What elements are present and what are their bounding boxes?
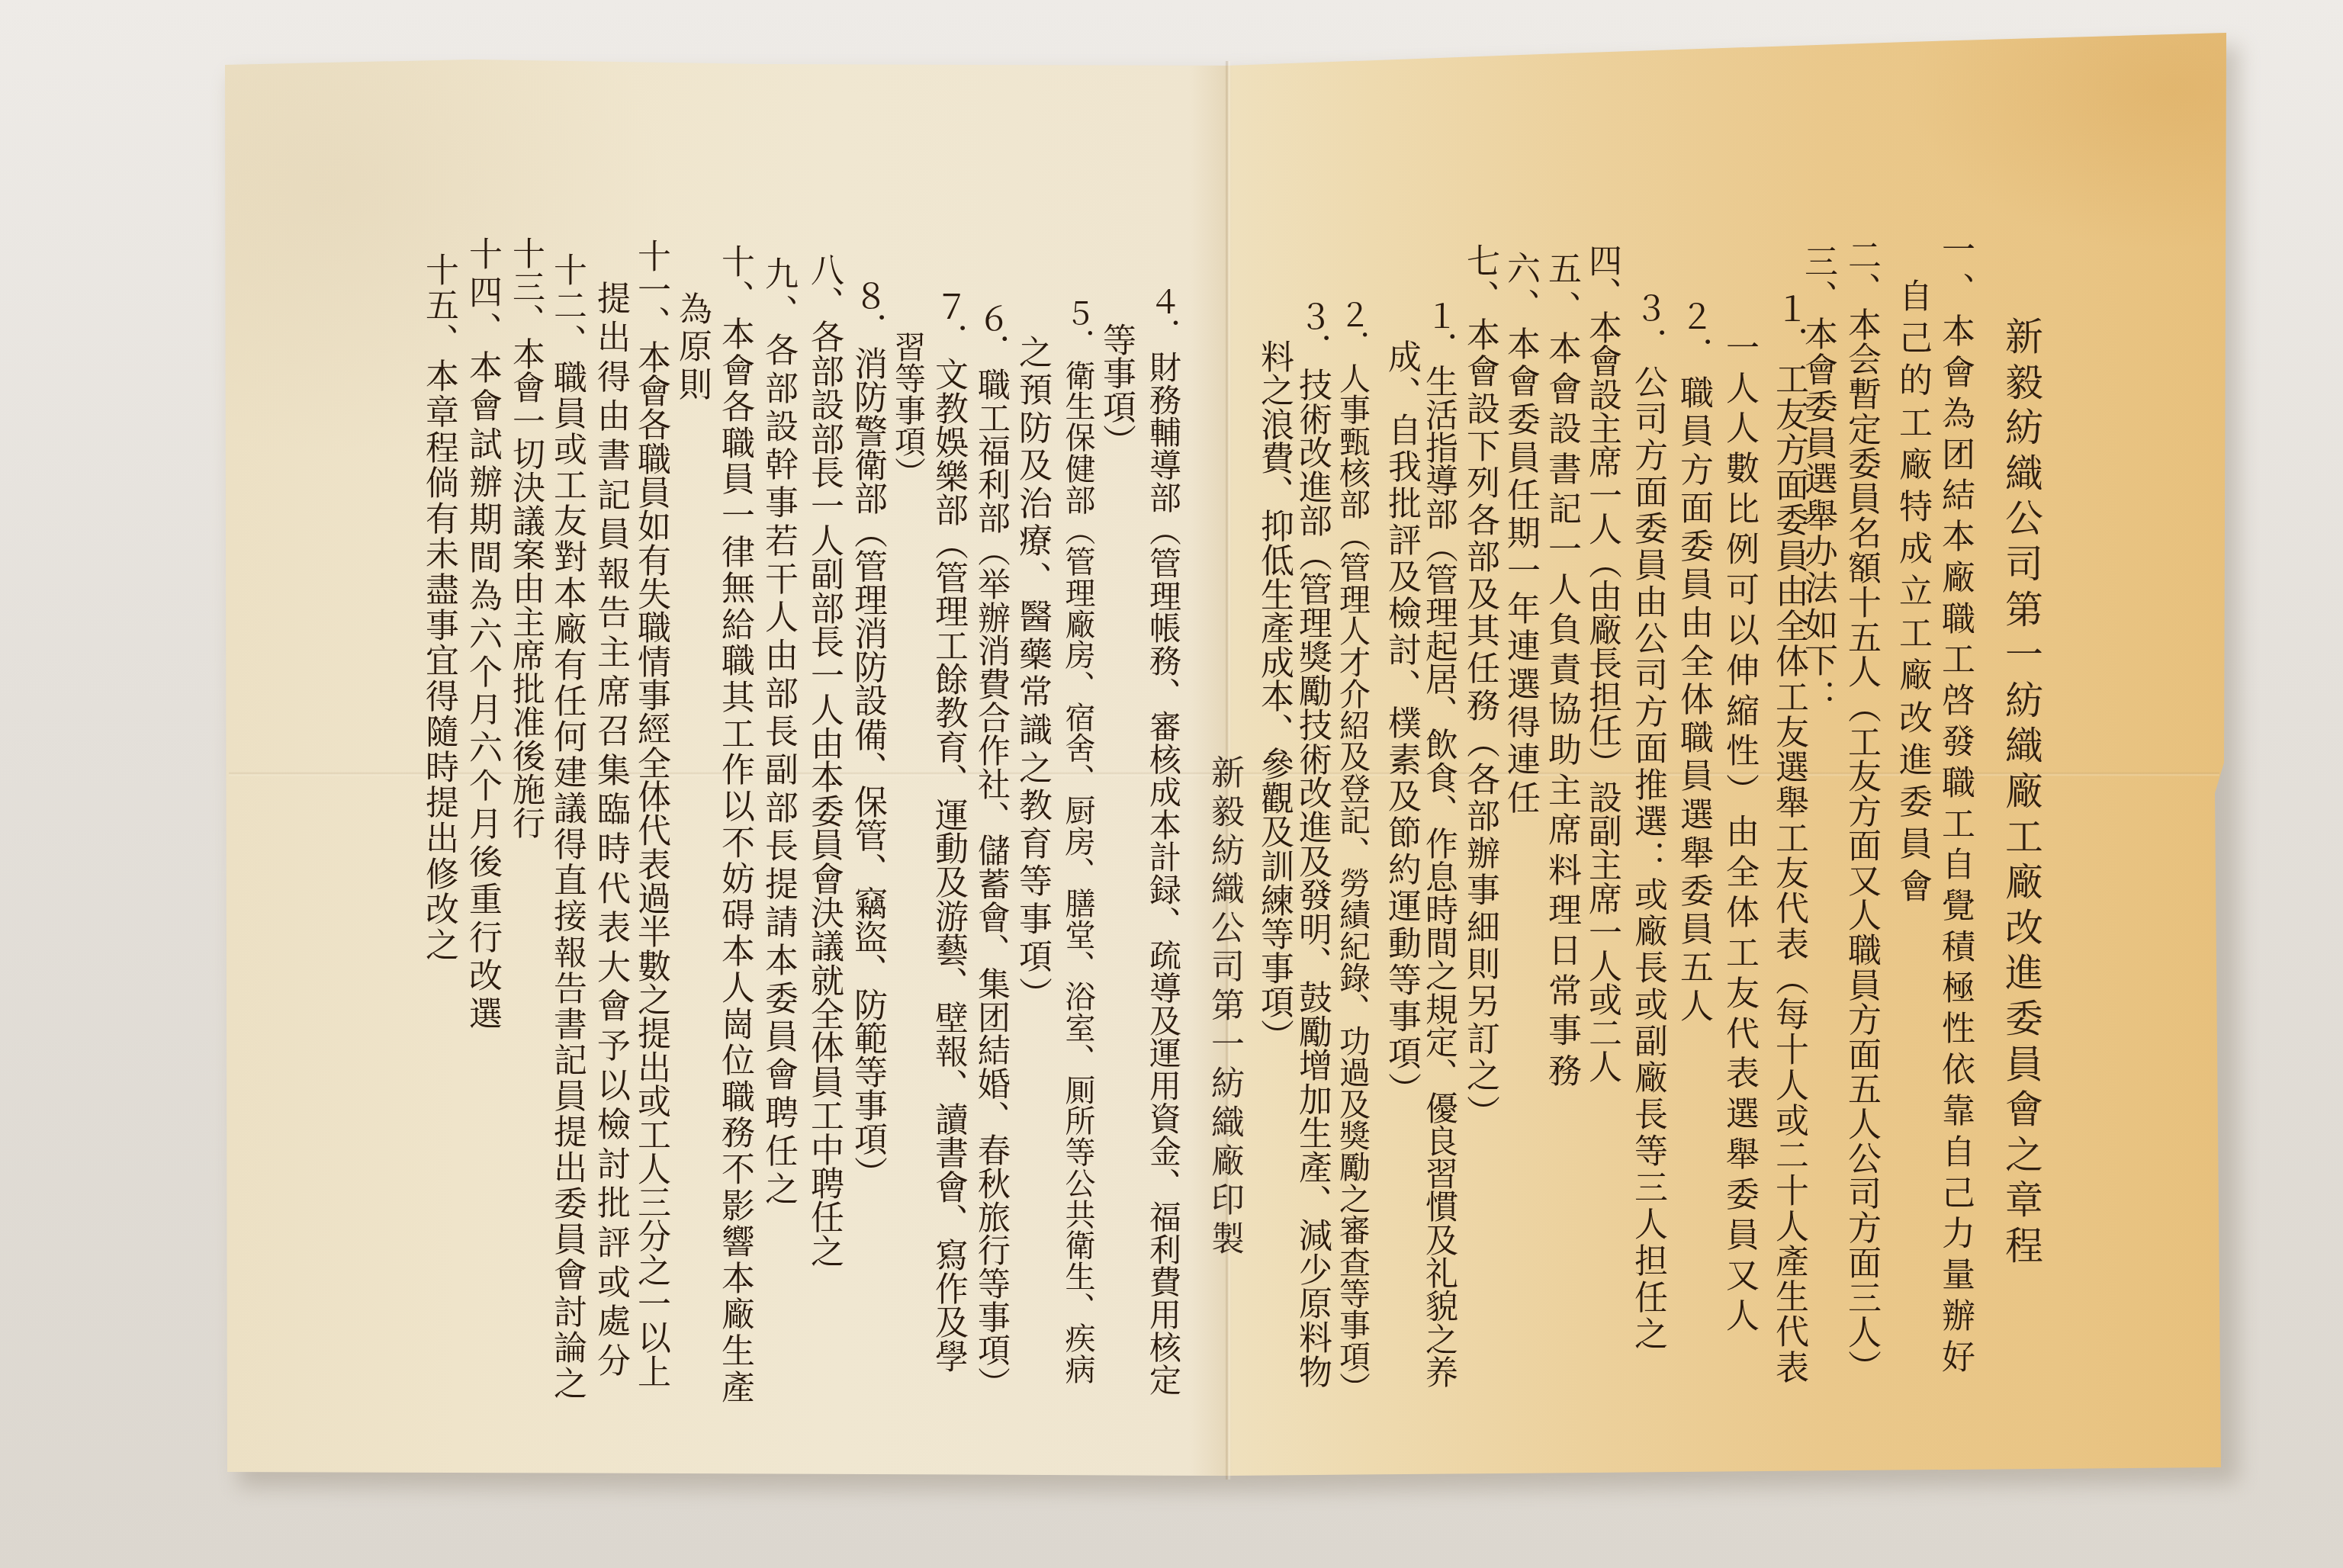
article-12-line-1: 十二、職員或工友對本廠有任何建議得直接報告書記員提出委員會討論之 (547, 252, 587, 1399)
article-3-item-1-line-2: 一人人數比例可以伸縮性）由全体工友代表選舉委員又人 (1719, 330, 1759, 1332)
document-title: 新毅紡織公司第一紡織廠工廠改進委員會之章程 (1998, 316, 2044, 1264)
article-1-line-1: 一、本會為团結本廠職工啓發職工自覺積極性依靠自己力量辦好 (1935, 232, 1975, 1373)
article-7-item-1-line-2: 成、自我批評及檢討、樸素及節約運動等事項） (1381, 339, 1421, 1106)
article-10-line-1: 十、本會各職員一律無給職其工作以不妨碍本人崗位職務不影響本廠生產 (715, 244, 754, 1403)
article-7-item-4-line-2: 等事項） (1096, 323, 1136, 458)
article-7-item-1-line-1: １．生活指導部（管理起居、飲食、作息時間之規定、優良習慣及礼貌之养 (1419, 299, 1459, 1388)
article-3-item-1-line-1: １．工友方面委員由全体工友選舉工友代表（每十人或二十人產生代表 (1769, 291, 1808, 1383)
article-7-item-5-line-2: 之預防及治療、醫藥常識之教育等事項） (1012, 335, 1052, 1011)
article-13-line-1: 十三、本會一切決議案由主席批准後施行 (506, 236, 546, 839)
article-7-item-2-line-1: ２．人事甄核部（管理人才介紹及登記、勞績紀錄、功過及獎勵之審查等事項） (1332, 299, 1372, 1403)
article-9-line-1: 九、各部設幹事若干人由部長副部長提請本委員會聘任之 (758, 256, 798, 1205)
photo-stage: 新毅紡織公司第一紡織廠工廠改進委員會之章程 一、本會為团結本廠職工啓發職工自覺積… (0, 0, 2343, 1568)
article-7-item-7-line-2: 習等事項） (888, 331, 927, 488)
article-7-item-6-line-1: ６．職工福利部（举辦消費合作社、儲蓄會、集团結婚、春秋旅行等事項） (972, 301, 1011, 1399)
article-7-line-1: 七、本會設下列各部及其任務（各部辦事細則另訂之） (1460, 243, 1499, 1129)
article-7-item-3-line-2: 料之浪費、抑低生產成本、參觀及訓練等事項） (1254, 339, 1294, 1052)
article-11-line-2: 提出得由書記員報告主席召集臨時代表大會予以檢討批評或處分 (590, 281, 630, 1377)
article-7-item-5-line-1: ５．衛生保健部（管理廠房、宿舍、厨房、膳堂、浴室、厠所等公共衛生、疾病 (1058, 297, 1098, 1384)
article-7-item-3-line-1: ３．技術改進部（管理獎勵技術改進及發明、鼓勵增加生產、減少原料物 (1292, 300, 1332, 1388)
article-2-line-1: 二、本会暫定委員名額十五人（工友方面又人職員方面五人公司方面三人） (1841, 238, 1881, 1383)
article-15-line-1: 十五、本章程倘有未盡事宜得隨時提出修改之 (419, 252, 458, 961)
article-4-line-1: 四、本會設主席一人（由廠長担任）設副主席一人或二人 (1582, 243, 1621, 1083)
article-10-line-2: 為原則 (672, 291, 712, 400)
article-14-line-1: 十四、本會試辦期間為六个月六个月後重行改選 (462, 236, 502, 1030)
article-6-line-1: 六、本會委員任期一年連選得連任 (1500, 251, 1540, 814)
article-3-item-2-line-1: ２．職員方面委員由全体職員選舉委員五人 (1673, 299, 1713, 1022)
article-7-item-8-line-1: ８．消防警衛部（管理消防設備、保管、竊盜、防範等事項） (847, 279, 887, 1190)
article-7-item-4-line-1: ４．財務輔導部（管理帳務、審核成本計録、疏導及運用資金、福利費用核定 (1143, 285, 1183, 1396)
article-1-line-2: 自己的工廠特成立工廠改進委員會 (1892, 278, 1932, 902)
article-8-line-1: 八、各部設部長一人副部長一人由本委員會決議就全体員工中聘任之 (804, 252, 844, 1268)
printer-imprint: 新毅紡織公司第一紡織廠印製 (1204, 755, 1244, 1255)
article-7-item-7-line-1: ７．文教娛樂部（管理工餘教育、運動及游藝、壁報、讀書會、寫作及學 (928, 290, 968, 1373)
article-5-line-1: 五、本會設書記一人負責協助主席料理日常事務 (1541, 251, 1581, 1087)
article-3-item-3-line-1: ３．公司方面委員由公司方面推選：或廠長或副廠長等三人担任之 (1628, 291, 1667, 1350)
article-11-line-1: 十一、本會各職員如有失職情事經全体代表過半數之提出或工人三分之一以上 (631, 239, 670, 1388)
